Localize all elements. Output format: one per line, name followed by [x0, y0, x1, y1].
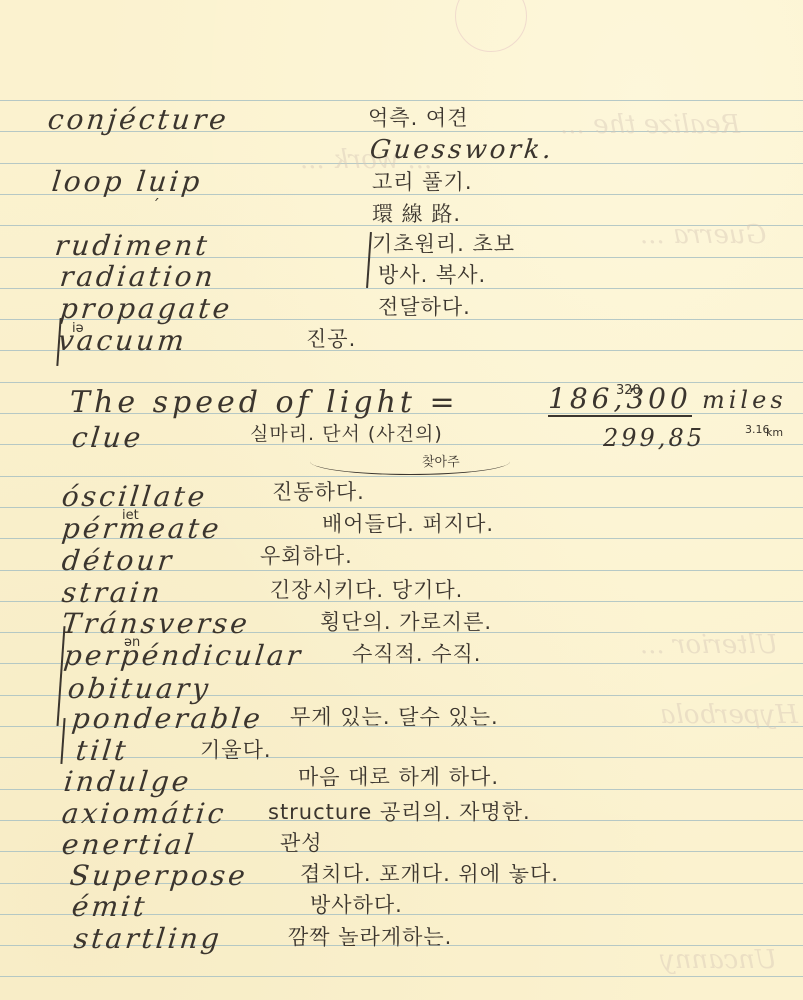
pronunciation-note: iet: [122, 509, 139, 522]
english-word: conjécture: [47, 106, 231, 134]
korean-meaning: 고리 풀기.: [372, 172, 473, 193]
bleed-through-text: Uncanny: [660, 945, 777, 975]
english-word: startling: [73, 925, 224, 953]
korean-meaning: 진공.: [306, 329, 356, 350]
english-word: propagate: [59, 295, 234, 323]
annotation-arc: [310, 448, 510, 475]
korean-meaning: 전달하다.: [378, 297, 471, 318]
english-word: émit: [71, 893, 149, 921]
speed-of-light-text: The speed of light =: [70, 388, 459, 418]
korean-meaning: 실마리. 단서 (사건의): [250, 425, 443, 444]
english-word: rudiment: [54, 232, 212, 260]
bleed-through-text: Guerra ...: [640, 220, 766, 250]
korean-meaning: 마음 대로 하게 하다.: [298, 767, 499, 788]
pronunciation-note: iə: [72, 322, 84, 335]
english-word: détour: [61, 547, 176, 575]
korean-meaning: 방사하다.: [310, 895, 403, 916]
korean-meaning: 방사. 복사.: [378, 265, 486, 286]
korean-meaning: 겹치다. 포개다. 위에 놓다.: [300, 864, 559, 885]
ruled-line: [0, 476, 803, 477]
english-word: enertial: [61, 831, 198, 859]
korean-meaning: 우회하다.: [260, 546, 353, 567]
english-word: clue: [71, 424, 145, 452]
metric-unit: km: [766, 427, 783, 438]
korean-meaning: 횡단의. 가로지른.: [320, 612, 492, 633]
english-word: Superpose: [69, 862, 250, 890]
korean-meaning: 깜짝 놀라게하는.: [288, 927, 452, 948]
ruled-line: [0, 100, 803, 101]
korean-meaning: 진동하다.: [272, 482, 365, 503]
english-word: pérmeate: [61, 515, 223, 543]
english-note: Guesswork.: [369, 137, 556, 163]
korean-meaning: 배어들다. 퍼지다.: [322, 514, 494, 535]
english-word: ponderable: [71, 705, 265, 733]
speed-superscript: 320: [616, 384, 641, 397]
korean-meaning: 기울다.: [200, 740, 272, 761]
english-word: perpéndicular: [63, 642, 305, 670]
korean-meaning: 수직적. 수직.: [352, 644, 481, 665]
korean-meaning: 기초원리. 초보: [372, 234, 515, 255]
english-word: indulge: [63, 768, 193, 796]
english-word: obituary: [67, 675, 213, 703]
bleed-through-text: Hyperbola: [660, 700, 798, 730]
english-word: óscillate: [61, 483, 209, 511]
speed-unit: miles: [702, 388, 787, 412]
hanja-note: 環 線 路.: [372, 204, 461, 225]
english-word: strain: [61, 579, 165, 607]
bleed-through-text: Realize the ...: [560, 110, 740, 140]
english-word: radiation: [59, 263, 218, 291]
korean-meaning: structure 공리의. 자명한.: [268, 802, 531, 823]
english-word: Tránsverse: [61, 610, 252, 638]
korean-meaning: 관성: [280, 833, 323, 854]
korean-meaning: 억측. 여견: [368, 108, 469, 129]
metric-value: 299,85: [603, 426, 705, 450]
bleed-through-text: Ulterior ...: [640, 630, 778, 660]
annotation: 찾아주: [422, 456, 460, 469]
english-word: loop luip: [51, 168, 204, 196]
ruled-line: [0, 976, 803, 977]
english-word: axiomátic: [61, 800, 228, 828]
korean-meaning: 긴장시키다. 당기다.: [270, 580, 463, 601]
english-word: tilt: [75, 737, 130, 765]
pronunciation-note: ən: [124, 636, 140, 649]
korean-meaning: 무게 있는. 달수 있는.: [290, 707, 499, 728]
